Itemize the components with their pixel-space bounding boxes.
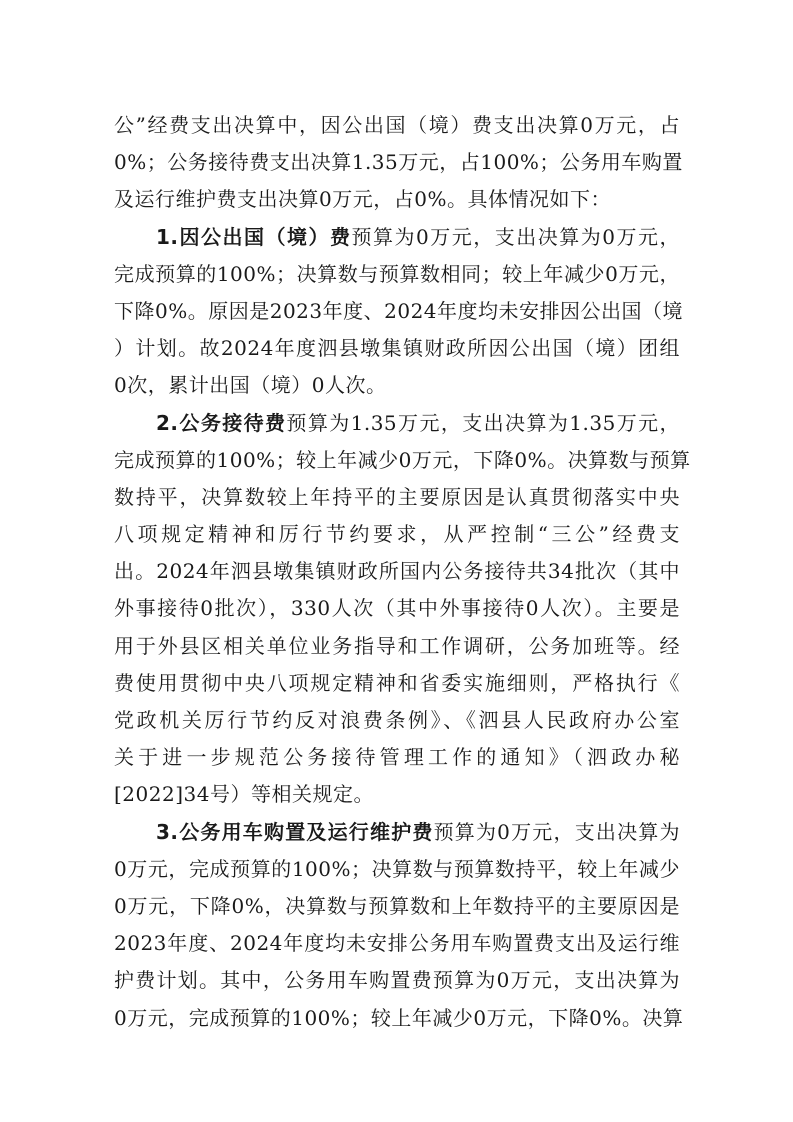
text-line: 用于外县区相关单位业务指导和工作调研，公务加班等。经: [114, 628, 680, 665]
text-line: 外事接待0批次），330人次（其中外事接待0人次）。主要是: [114, 590, 680, 627]
text-line: 0万元，完成预算的100%；较上年减少0万元，下降0%。决算: [114, 1000, 680, 1037]
section-heading: 1.因公出国（境）费: [156, 225, 352, 249]
text-line: 及运行维护费支出决算0万元，占0%。具体情况如下：: [114, 181, 680, 218]
section-text: 预算为0万元，支出决算为0万元，: [352, 225, 680, 249]
text-line: 0次，累计出国（境）0人次。: [114, 367, 680, 404]
document-page: 公”经费支出决算中，因公出国（境）费支出决算0万元，占 0%；公务接待费支出决算…: [114, 107, 680, 1037]
text-line: 完成预算的100%；决算数与预算数相同；较上年减少0万元，: [114, 256, 680, 293]
section-1-first-line: 1.因公出国（境）费预算为0万元，支出决算为0万元，: [114, 219, 680, 256]
section-text: 预算为1.35万元，支出决算为1.35万元，: [286, 411, 680, 435]
text-line: 出。2024年泗县墩集镇财政所国内公务接待共34批次（其中: [114, 553, 680, 590]
text-line: ）计划。故2024年度泗县墩集镇财政所因公出国（境）团组: [114, 330, 680, 367]
text-line: 0万元，完成预算的100%；决算数与预算数持平，较上年减少: [114, 851, 680, 888]
section-heading: 3.公务用车购置及运行维护费: [156, 820, 434, 844]
text-line: 关于进一步规范公务接待管理工作的通知》（泗政办秘: [114, 739, 680, 776]
section-2-first-line: 2.公务接待费预算为1.35万元，支出决算为1.35万元，: [114, 405, 680, 442]
text-line: 0万元，下降0%，决算数与预算数和上年数持平的主要原因是: [114, 888, 680, 925]
text-line: 党政机关厉行节约反对浪费条例》、《泗县人民政府办公室: [114, 702, 680, 739]
text-line: 完成预算的100%；较上年减少0万元，下降0%。决算数与预算: [114, 442, 680, 479]
text-line: 八项规定精神和厉行节约要求，从严控制“三公”经费支: [114, 516, 680, 553]
section-3-first-line: 3.公务用车购置及运行维护费预算为0万元，支出决算为: [114, 814, 680, 851]
section-heading: 2.公务接待费: [156, 411, 286, 435]
text-line: 护费计划。其中，公务用车购置费预算为0万元，支出决算为: [114, 962, 680, 999]
text-line: [2022]34号）等相关规定。: [114, 776, 680, 813]
text-line: 费使用贯彻中央八项规定精神和省委实施细则，严格执行《: [114, 665, 680, 702]
text-line: 2023年度、2024年度均未安排公务用车购置费支出及运行维: [114, 925, 680, 962]
text-line: 0%；公务接待费支出决算1.35万元，占100%；公务用车购置: [114, 144, 680, 181]
text-line: 数持平，决算数较上年持平的主要原因是认真贯彻落实中央: [114, 479, 680, 516]
section-text: 预算为0万元，支出决算为: [434, 820, 680, 844]
text-line: 下降0%。原因是2023年度、2024年度均未安排因公出国（境: [114, 293, 680, 330]
text-line: 公”经费支出决算中，因公出国（境）费支出决算0万元，占: [114, 107, 680, 144]
